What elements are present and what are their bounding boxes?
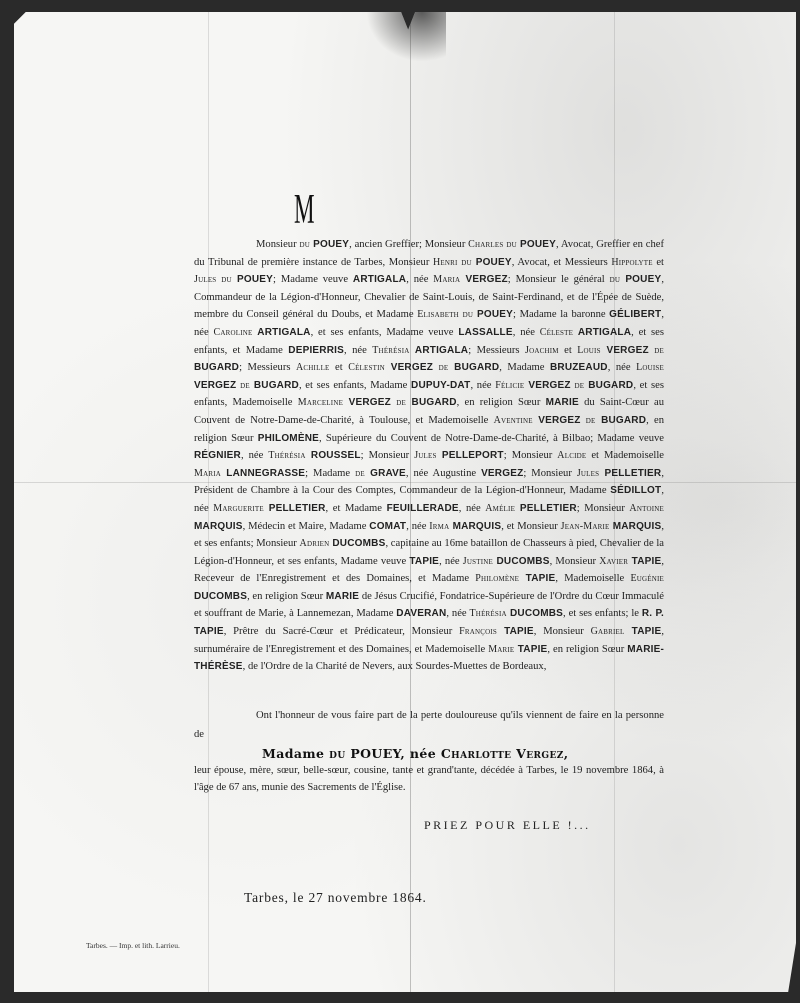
surname-text: DUCOMBS xyxy=(194,591,247,602)
body-text-segment: Félicie xyxy=(495,380,524,391)
body-text-segment: et xyxy=(559,345,578,356)
surname-text: ROUSSEL xyxy=(306,450,361,461)
death-details: leur épouse, mère, sœur, belle-sœur, cou… xyxy=(194,762,664,796)
body-text-segment: Célestin xyxy=(348,362,385,373)
surname-text: LASSALLE xyxy=(458,327,512,338)
surname-text: DUCOMBS xyxy=(493,556,550,567)
body-text-segment: Charles du xyxy=(468,239,517,250)
body-text-segment: , et Madame xyxy=(326,503,387,514)
body-text-segment: de xyxy=(649,345,664,356)
body-text-segment: Xavier xyxy=(599,556,628,567)
surname-text: BUGARD xyxy=(448,362,499,373)
body-text-segment: , née xyxy=(459,503,485,514)
body-text-segment: , en religion Sœur xyxy=(457,397,546,408)
body-text-segment: Achille xyxy=(296,362,330,373)
body-text-segment: Adrien xyxy=(300,538,330,549)
body-text-segment: , Madame xyxy=(499,362,550,373)
surname-text: VERGEZ xyxy=(481,468,523,479)
announcement-text: Ont l'honneur de vous faire part de la p… xyxy=(194,706,664,744)
printer-imprint: Tarbes. — Imp. et lith. Larrieu. xyxy=(86,941,180,950)
body-text-segment: , Monsieur xyxy=(550,556,600,567)
surname-text: VERGEZ xyxy=(194,380,236,391)
surname-text: RÉGNIER xyxy=(194,450,241,461)
body-text-segment: Thérésia xyxy=(268,450,305,461)
body-text-segment: ; Messieurs xyxy=(468,345,525,356)
surname-text: MARQUIS xyxy=(194,521,243,532)
body-text-segment: Marie xyxy=(488,644,514,655)
deceased-nee: , née xyxy=(400,746,440,761)
deceased-prefix: Madame xyxy=(262,746,329,761)
body-text-segment: , Supérieure du Couvent de Notre-Dame-de… xyxy=(319,433,664,444)
body-text-segment: , ancien Greffier; Monsieur xyxy=(349,239,468,250)
body-text-segment: ; Monsieur xyxy=(504,450,558,461)
body-text-segment: Aventine xyxy=(494,415,533,426)
body-text-segment: Jules xyxy=(414,450,436,461)
body-text-segment: du xyxy=(610,274,621,285)
surname-text: SÉDILLOT xyxy=(610,485,661,496)
surname-text: TAPIE xyxy=(514,644,547,655)
body-text-segment: Antoine xyxy=(629,503,664,514)
surname-text: MARQUIS xyxy=(449,521,501,532)
body-text-segment: Céleste xyxy=(540,327,573,338)
deceased-particle: du xyxy=(329,746,345,761)
body-text-segment: ; Monsieur le général xyxy=(508,274,610,285)
body-text-segment: , née xyxy=(406,521,429,532)
body-text-segment: , née xyxy=(608,362,636,373)
body-text-segment: , en religion Sœur xyxy=(247,591,326,602)
body-text-segment: Marguerite xyxy=(213,503,264,514)
prayer-line: PRIEZ POUR ELLE !... xyxy=(424,818,591,833)
surname-text: MARQUIS xyxy=(610,521,662,532)
surname-text: PELLETIER xyxy=(515,503,577,514)
surname-text: POUEY xyxy=(620,274,661,285)
body-text-segment: Joachim xyxy=(525,345,559,356)
body-text-segment: , Monsieur xyxy=(534,626,591,637)
surname-text: POUEY xyxy=(310,239,349,250)
body-text-segment: de xyxy=(355,468,365,479)
body-text-segment: Alcide xyxy=(557,450,586,461)
initial-letter: M xyxy=(294,186,313,234)
body-text-segment: , née xyxy=(470,380,495,391)
body-text-segment: Louise xyxy=(636,362,664,373)
surname-text: BUGARD xyxy=(596,415,647,426)
surname-text: TAPIE xyxy=(409,556,439,567)
surname-text: COMAT xyxy=(369,521,406,532)
body-text-segment: Hippolyte xyxy=(611,257,652,268)
body-text-segment: Henri du xyxy=(433,257,472,268)
surname-text: MARIE xyxy=(546,397,579,408)
body-text-segment: , et ses enfants, Madame veuve xyxy=(311,327,459,338)
surname-text: TAPIE xyxy=(628,556,661,567)
body-text-segment: , Mademoiselle xyxy=(555,573,630,584)
body-text-segment: Louis xyxy=(577,345,600,356)
body-text-segment: ; Monsieur xyxy=(361,450,415,461)
surname-text: DUPUY-DAT xyxy=(411,380,470,391)
surname-text: BRUZEAUD xyxy=(550,362,608,373)
surname-text: PELLETIER xyxy=(264,503,326,514)
body-text-segment: , née xyxy=(446,608,469,619)
surname-text: VERGEZ xyxy=(533,415,581,426)
body-text-segment: du xyxy=(299,239,310,250)
body-text-segment: Eugénie xyxy=(630,573,664,584)
surname-text: FEUILLERADE xyxy=(387,503,459,514)
surname-text: VERGEZ xyxy=(385,362,433,373)
body-text-segment: ; Madame xyxy=(305,468,355,479)
surname-text: BUGARD xyxy=(194,362,239,373)
body-text-segment: François xyxy=(459,626,497,637)
body-text-segment: , et ses enfants; le xyxy=(563,608,642,619)
body-text-segment: Maria xyxy=(433,274,460,285)
surname-text: BUGARD xyxy=(250,380,299,391)
surname-text: PHILOMÈNE xyxy=(258,433,319,444)
deceased-name: Madame du POUEY, née Charlotte Vergez, xyxy=(262,746,569,761)
body-text-segment: Elisabeth du xyxy=(417,309,473,320)
body-text-segment: de xyxy=(433,362,448,373)
surname-text: DUCOMBS xyxy=(507,608,563,619)
date-line: Tarbes, le 27 novembre 1864. xyxy=(244,890,427,906)
body-text-segment: , née xyxy=(406,274,433,285)
surname-text: GRAVE xyxy=(365,468,406,479)
body-text-segment: , Avocat, et Messieurs xyxy=(512,257,612,268)
body-text-segment: , née xyxy=(241,450,268,461)
body-text-segment: , Prêtre du Sacré-Cœur et Prédicateur, M… xyxy=(224,626,459,637)
body-text-segment: , et ses enfants, Madame xyxy=(299,380,411,391)
body-text-segment: Gabriel xyxy=(591,626,625,637)
body-text-segment: de xyxy=(391,397,406,408)
body-text-segment: ; Messieurs xyxy=(239,362,296,373)
surname-text: ARTIGALA xyxy=(410,345,469,356)
body-text-segment: , née xyxy=(439,556,463,567)
surname-text: DUCOMBS xyxy=(329,538,385,549)
body-text-segment: Jean-Marie xyxy=(561,521,610,532)
surname-text: TAPIE xyxy=(625,626,662,637)
body-text-segment: Jules xyxy=(577,468,599,479)
body-text-segment: ; Monsieur xyxy=(577,503,630,514)
body-text-segment: , en religion Sœur xyxy=(547,644,627,655)
surname-text: VERGEZ xyxy=(460,274,508,285)
body-text-segment: et xyxy=(330,362,349,373)
body-text-segment: Amélie xyxy=(485,503,515,514)
body-text-segment: Irma xyxy=(429,521,449,532)
body-text-segment: Justine xyxy=(463,556,493,567)
surname-text: PELLEPORT xyxy=(437,450,504,461)
surname-text: DAVERAN xyxy=(396,608,446,619)
surname-text: POUEY xyxy=(472,257,512,268)
body-text-segment: Thérésia xyxy=(470,608,507,619)
surname-text: GÉLIBERT xyxy=(609,309,661,320)
surname-text: POUEY xyxy=(473,309,513,320)
body-text-segment: Maria xyxy=(194,468,221,479)
surname-text: ARTIGALA xyxy=(573,327,631,338)
body-text-segment: ; Madame la baronne xyxy=(513,309,609,320)
surname-text: TAPIE xyxy=(497,626,534,637)
body-text-segment: , de l'Ordre de la Charité de Nevers, au… xyxy=(243,661,547,672)
torn-corner-shadow xyxy=(366,12,446,62)
body-text-segment: , et Monsieur xyxy=(501,521,560,532)
body-text-segment: , Médecin et Maire, Madame xyxy=(243,521,370,532)
surname-text: BUGARD xyxy=(406,397,457,408)
body-text-segment: , née xyxy=(513,327,540,338)
body-text-segment: Caroline xyxy=(214,327,253,338)
body-text-segment: , née xyxy=(344,345,372,356)
surname-text: TAPIE xyxy=(519,573,555,584)
surname-text: DEPIERRIS xyxy=(288,345,344,356)
surname-text: BUGARD xyxy=(584,380,633,391)
surname-text: VERGEZ xyxy=(601,345,649,356)
surname-text: POUEY xyxy=(232,274,273,285)
family-list-paragraph: Monsieur du POUEY, ancien Greffier; Mons… xyxy=(194,236,664,676)
body-text-segment: ; Monsieur xyxy=(523,468,576,479)
surname-text: LANNEGRASSE xyxy=(221,468,305,479)
surname-text: ARTIGALA xyxy=(253,327,311,338)
deceased-surname: POUEY xyxy=(346,746,401,761)
deceased-suffix: , xyxy=(564,746,569,761)
surname-text: ARTIGALA xyxy=(353,274,406,285)
body-text-segment: de xyxy=(571,380,585,391)
body-text-segment: Thérésia xyxy=(372,345,409,356)
surname-text: PELLETIER xyxy=(599,468,661,479)
body-text-segment: Jules du xyxy=(194,274,232,285)
body-text-segment: Philomène xyxy=(475,573,519,584)
body-text-segment: et Mademoiselle xyxy=(586,450,664,461)
surname-text: MARIE xyxy=(326,591,359,602)
surname-text: VERGEZ xyxy=(343,397,391,408)
deceased-birth-name: Charlotte Vergez xyxy=(441,746,564,761)
body-text-segment: Marceline xyxy=(298,397,343,408)
body-text-segment: de xyxy=(236,380,250,391)
body-text-segment: de xyxy=(581,415,596,426)
body-text-segment: ; Madame veuve xyxy=(273,274,353,285)
body-text-segment: Monsieur xyxy=(256,239,299,250)
surname-text: VERGEZ xyxy=(524,380,570,391)
body-text-segment: , née Augustine xyxy=(406,468,481,479)
body-text-segment: et xyxy=(653,257,664,268)
surname-text: POUEY xyxy=(517,239,556,250)
